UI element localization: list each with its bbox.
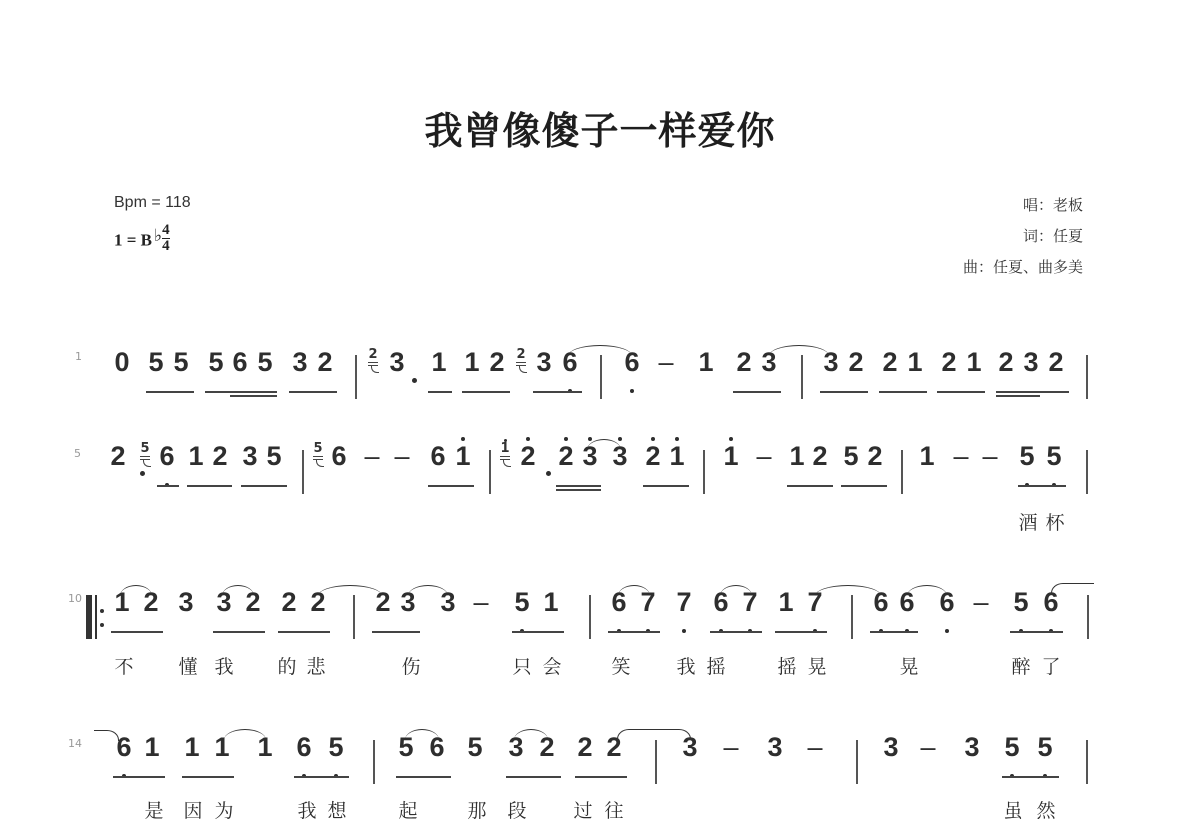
repeat-start-thick [86,595,92,639]
note: 5 [1035,732,1055,762]
tie-continues [1051,583,1094,594]
lyric-char: 是 [142,796,166,823]
measure-number: 1 [75,350,82,363]
grace-beam [368,362,378,363]
grace-note: 2 [515,348,527,361]
flat-sign: ♭ [154,226,162,245]
key-signature: 1 = B♭44 [114,226,170,257]
augmentation-dot [546,471,551,476]
note: 6 [294,732,314,762]
note: 5 [326,732,346,762]
upper-octave-dot [675,437,679,441]
beam [556,485,601,487]
note: 3 [962,732,982,762]
augmentation-dot [412,378,417,383]
note: 1 [462,347,482,377]
beam [146,391,194,393]
augmentation-dot [140,471,145,476]
lyric-char: 晃 [897,652,921,679]
lyric-char: 酒 [1016,508,1040,535]
lyric-char: 因 [181,796,205,823]
note: 2 [315,347,335,377]
grace-note: 2 [367,348,379,361]
barline [589,595,591,639]
barline [353,595,355,639]
barline [489,450,491,494]
grace-slur [519,365,527,373]
composer-credit: 曲：任夏、曲多美 [963,256,1083,277]
measure-number: 14 [68,737,82,750]
note: 3 [387,347,407,377]
lower-octave-dot [682,629,686,633]
beam [396,776,451,778]
note: 1 [905,347,925,377]
note: 2 [279,587,299,617]
beam [870,631,918,633]
note: 6 [428,441,448,471]
note: 3 [765,732,785,762]
note: 5 [841,441,861,471]
beam [820,391,868,393]
note: 1 [541,587,561,617]
lyric-char: 起 [396,796,420,823]
lyric-char: 悲 [304,652,328,679]
barline [655,740,657,784]
beam [733,391,781,393]
note: 3 [1021,347,1041,377]
note: 1 [186,441,206,471]
beam [643,485,689,487]
lyric-char: 醉 [1009,652,1033,679]
note: 6 [329,441,349,471]
key-prefix: 1 = B [114,230,152,249]
tie [617,729,691,740]
note: 1 [142,732,162,762]
barline [703,450,705,494]
note: 5 [146,347,166,377]
note: 1 [453,441,473,471]
barline [373,740,375,784]
repeat-start-thin [95,595,97,639]
beam [182,776,234,778]
note: 2 [939,347,959,377]
lyric-char: 那 [465,796,489,823]
beam [879,391,927,393]
beam [187,485,232,487]
lyric-char: 我 [674,652,698,679]
measure-number: 10 [68,592,82,605]
note: 1 [787,441,807,471]
note: 6 [230,347,250,377]
beam [372,631,420,633]
grace-beam [516,362,526,363]
note: 5 [1044,441,1064,471]
upper-octave-dot [729,437,733,441]
beam [775,631,827,633]
beam [428,485,474,487]
lyric-char: 会 [540,652,564,679]
upper-octave-dot [618,437,622,441]
upper-octave-dot [588,437,592,441]
sustain-dash: – [721,732,741,762]
beam [1010,631,1063,633]
beam [996,395,1040,397]
upper-octave-dot [564,437,568,441]
lyric-char: 晃 [805,652,829,679]
note: 2 [734,347,754,377]
beam [512,631,564,633]
grace-slur [371,365,379,373]
lyric-char: 不 [112,652,136,679]
beam [1018,485,1066,487]
note: 5 [465,732,485,762]
tie [405,729,439,740]
sustain-dash: – [392,441,412,471]
barline [901,450,903,494]
lyric-char: 杯 [1043,508,1067,535]
upper-octave-dot [504,439,507,442]
grace-beam [140,456,150,457]
note: 2 [846,347,866,377]
upper-octave-dot [526,437,530,441]
beam [996,391,1069,393]
barline [851,595,853,639]
lyric-char: 摇 [775,652,799,679]
grace-slur [143,459,151,467]
tie [514,729,548,740]
barline [1086,740,1088,784]
barline [1087,595,1089,639]
measure-number: 5 [74,447,81,460]
beam [241,485,287,487]
note: 0 [112,347,132,377]
lyric-char: 虽 [1001,796,1025,823]
note: 2 [210,441,230,471]
lyric-char: 想 [325,796,349,823]
sustain-dash: – [805,732,825,762]
note: 1 [696,347,716,377]
note: 7 [674,587,694,617]
note: 3 [534,347,554,377]
beam [1002,776,1059,778]
singer-credit: 唱：老板 [1023,194,1083,215]
beam [841,485,887,487]
beam [710,631,762,633]
sustain-dash: – [362,441,382,471]
lyric-char: 我 [212,652,236,679]
lyric-char: 只 [510,652,534,679]
grace-note: 5 [139,442,151,455]
grace-note: 1 [499,442,511,455]
grace-slur [503,459,511,467]
note: 2 [575,732,595,762]
repeat-dot [100,623,104,627]
grace-beam [500,456,510,457]
song-title: 我曾像傻子一样爱你 [0,100,1200,155]
barline [1086,450,1088,494]
sustain-dash: – [656,347,676,377]
barline [1086,355,1088,399]
lyricist-credit: 词：任夏 [1023,225,1083,246]
beam [608,631,660,633]
note: 2 [880,347,900,377]
barline [355,355,357,399]
beam [787,485,833,487]
beam [289,391,337,393]
sustain-dash: – [754,441,774,471]
beam [428,391,452,393]
lyric-char: 我 [295,796,319,823]
lyric-char: 往 [602,796,626,823]
note: 3 [881,732,901,762]
note: 2 [108,441,128,471]
lower-octave-dot [945,629,949,633]
lyric-char: 笑 [609,652,633,679]
beam [575,776,627,778]
note: 1 [917,441,937,471]
note: 5 [206,347,226,377]
lyric-char: 了 [1039,652,1063,679]
lyric-char: 摇 [704,652,728,679]
upper-octave-dot [651,437,655,441]
note: 2 [1046,347,1066,377]
note: 2 [518,441,538,471]
note: 6 [157,441,177,471]
sustain-dash: – [971,587,991,617]
note: 2 [810,441,830,471]
note: 1 [776,587,796,617]
lyric-char: 然 [1034,796,1058,823]
note: 2 [487,347,507,377]
note: 1 [667,441,687,471]
beam [111,631,163,633]
note: 5 [255,347,275,377]
beam [294,776,349,778]
note: 3 [290,347,310,377]
barline [801,355,803,399]
sustain-dash: – [980,441,1000,471]
note: 5 [171,347,191,377]
upper-octave-dot [461,437,465,441]
sustain-dash: – [951,441,971,471]
grace-beam [313,456,323,457]
note: 5 [264,441,284,471]
time-signature: 44 [162,223,170,254]
note: 3 [176,587,196,617]
beam [533,391,582,393]
beam [506,776,561,778]
note: 1 [721,441,741,471]
note: 5 [512,587,532,617]
lyric-char: 段 [505,796,529,823]
beam [556,489,601,491]
note: 2 [643,441,663,471]
note: 3 [240,441,260,471]
repeat-dot [100,609,104,613]
beam [230,395,277,397]
lyric-char: 伤 [399,652,423,679]
note: 2 [556,441,576,471]
beam [462,391,510,393]
tie [224,729,266,740]
barline [302,450,304,494]
lower-octave-dot [630,389,634,393]
barline [856,740,858,784]
beam [113,776,165,778]
beam [205,391,277,393]
beam [278,631,330,633]
note: 5 [1011,587,1031,617]
grace-slur [316,459,324,467]
note: 2 [996,347,1016,377]
note: 1 [964,347,984,377]
beam [213,631,265,633]
note: 5 [1017,441,1037,471]
note: 5 [1002,732,1022,762]
lyric-char: 的 [275,652,299,679]
lyric-char: 懂 [176,652,200,679]
lyric-char: 过 [571,796,595,823]
sustain-dash: – [471,587,491,617]
beam [937,391,985,393]
beam [157,485,179,487]
bpm-label: Bpm = 118 [114,194,191,212]
note: 1 [429,347,449,377]
note: 1 [182,732,202,762]
barline [600,355,602,399]
grace-note: 5 [312,442,324,455]
sustain-dash: – [918,732,938,762]
note: 2 [865,441,885,471]
lyric-char: 为 [212,796,236,823]
